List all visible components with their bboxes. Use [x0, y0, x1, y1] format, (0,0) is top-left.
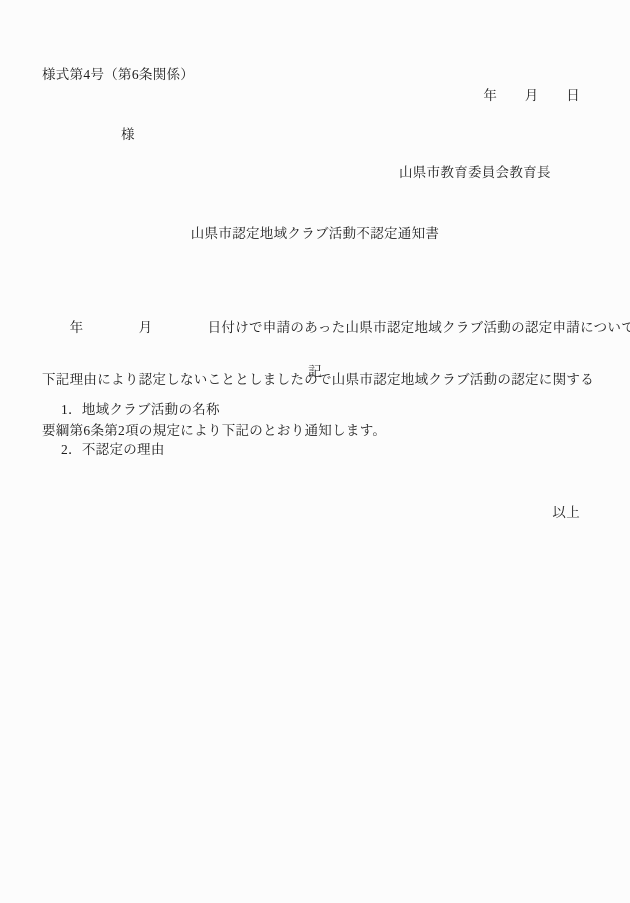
closing-marker: 以上: [552, 505, 580, 520]
addressee-honorific: 様: [121, 127, 135, 142]
body-line-3: 要綱第6条第2項の規定により下記のとおり通知します。: [42, 420, 598, 442]
list-item-rejection-reason: 2．不認定の理由: [61, 442, 165, 457]
record-marker: 記: [0, 364, 630, 379]
form-number: 様式第4号（第6条関係）: [42, 67, 194, 82]
document-page: 様式第4号（第6条関係） 年 月 日 様 山県市教育委員会教育長 山県市認定地域…: [0, 0, 630, 903]
body-line-1: 年 月 日付けで申請のあった山県市認定地域クラブ活動の認定申請について、: [42, 317, 598, 339]
list-item-club-name: 1．地域クラブ活動の名称: [61, 402, 220, 417]
document-title: 山県市認定地域クラブ活動不認定通知書: [0, 226, 630, 241]
sender-title: 山県市教育委員会教育長: [399, 165, 551, 180]
issue-date-line: 年 月 日: [483, 88, 580, 103]
